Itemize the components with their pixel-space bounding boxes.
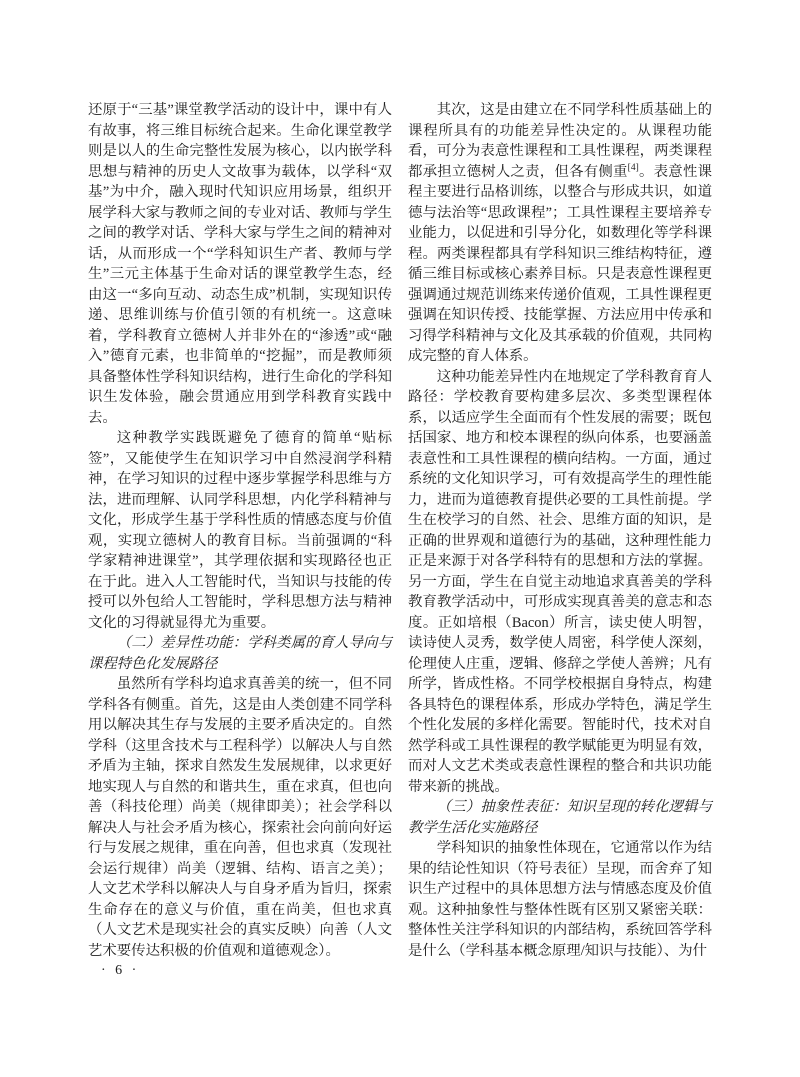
paragraph-text: 。表意性课程主要进行品格训练，以整合与形成共识，如道德与法治等“思政课程”；工具… bbox=[408, 164, 712, 365]
page-number: · 6 · bbox=[88, 961, 392, 982]
right-column: 其次，这是由建立在不同学科性质基础上的课程所具有的功能差异性决定的。从课程功能看… bbox=[408, 100, 712, 982]
left-column: 还原于“三基”课堂教学活动的设计中，课中有人有故事，将三维目标统合起来。生命化课… bbox=[88, 100, 392, 982]
body-paragraph: 还原于“三基”课堂教学活动的设计中，课中有人有故事，将三维目标统合起来。生命化课… bbox=[88, 100, 392, 428]
citation-ref-4: [4] bbox=[628, 163, 639, 173]
section-heading-2: （二）差异性功能：学科类属的育人导向与课程特色化发展路径 bbox=[88, 633, 392, 674]
body-paragraph: 虽然所有学科均追求真善美的统一，但不同学科各有侧重。首先，这是由人类创建不同学科… bbox=[88, 674, 392, 961]
body-paragraph: 这种教学实践既避免了德育的简单“贴标签”，又能使学生在知识学习中自然浸润学科精神… bbox=[88, 428, 392, 633]
body-paragraph: 其次，这是由建立在不同学科性质基础上的课程所具有的功能差异性决定的。从课程功能看… bbox=[408, 100, 712, 367]
body-paragraph: 这种功能差异性内在地规定了学科教育育人路径：学校教育要构建多层次、多类型课程体系… bbox=[408, 367, 712, 798]
two-column-layout: 还原于“三基”课堂教学活动的设计中，课中有人有故事，将三维目标统合起来。生命化课… bbox=[88, 100, 712, 982]
journal-page: 还原于“三基”课堂教学活动的设计中，课中有人有故事，将三维目标统合起来。生命化课… bbox=[0, 0, 800, 1077]
section-heading-3: （三）抽象性表征：知识呈现的转化逻辑与教学生活化实施路径 bbox=[408, 797, 712, 838]
body-paragraph: 学科知识的抽象性体现在，它通常以作为结果的结论性知识（符号表征）呈现，而舍弃了知… bbox=[408, 838, 712, 961]
